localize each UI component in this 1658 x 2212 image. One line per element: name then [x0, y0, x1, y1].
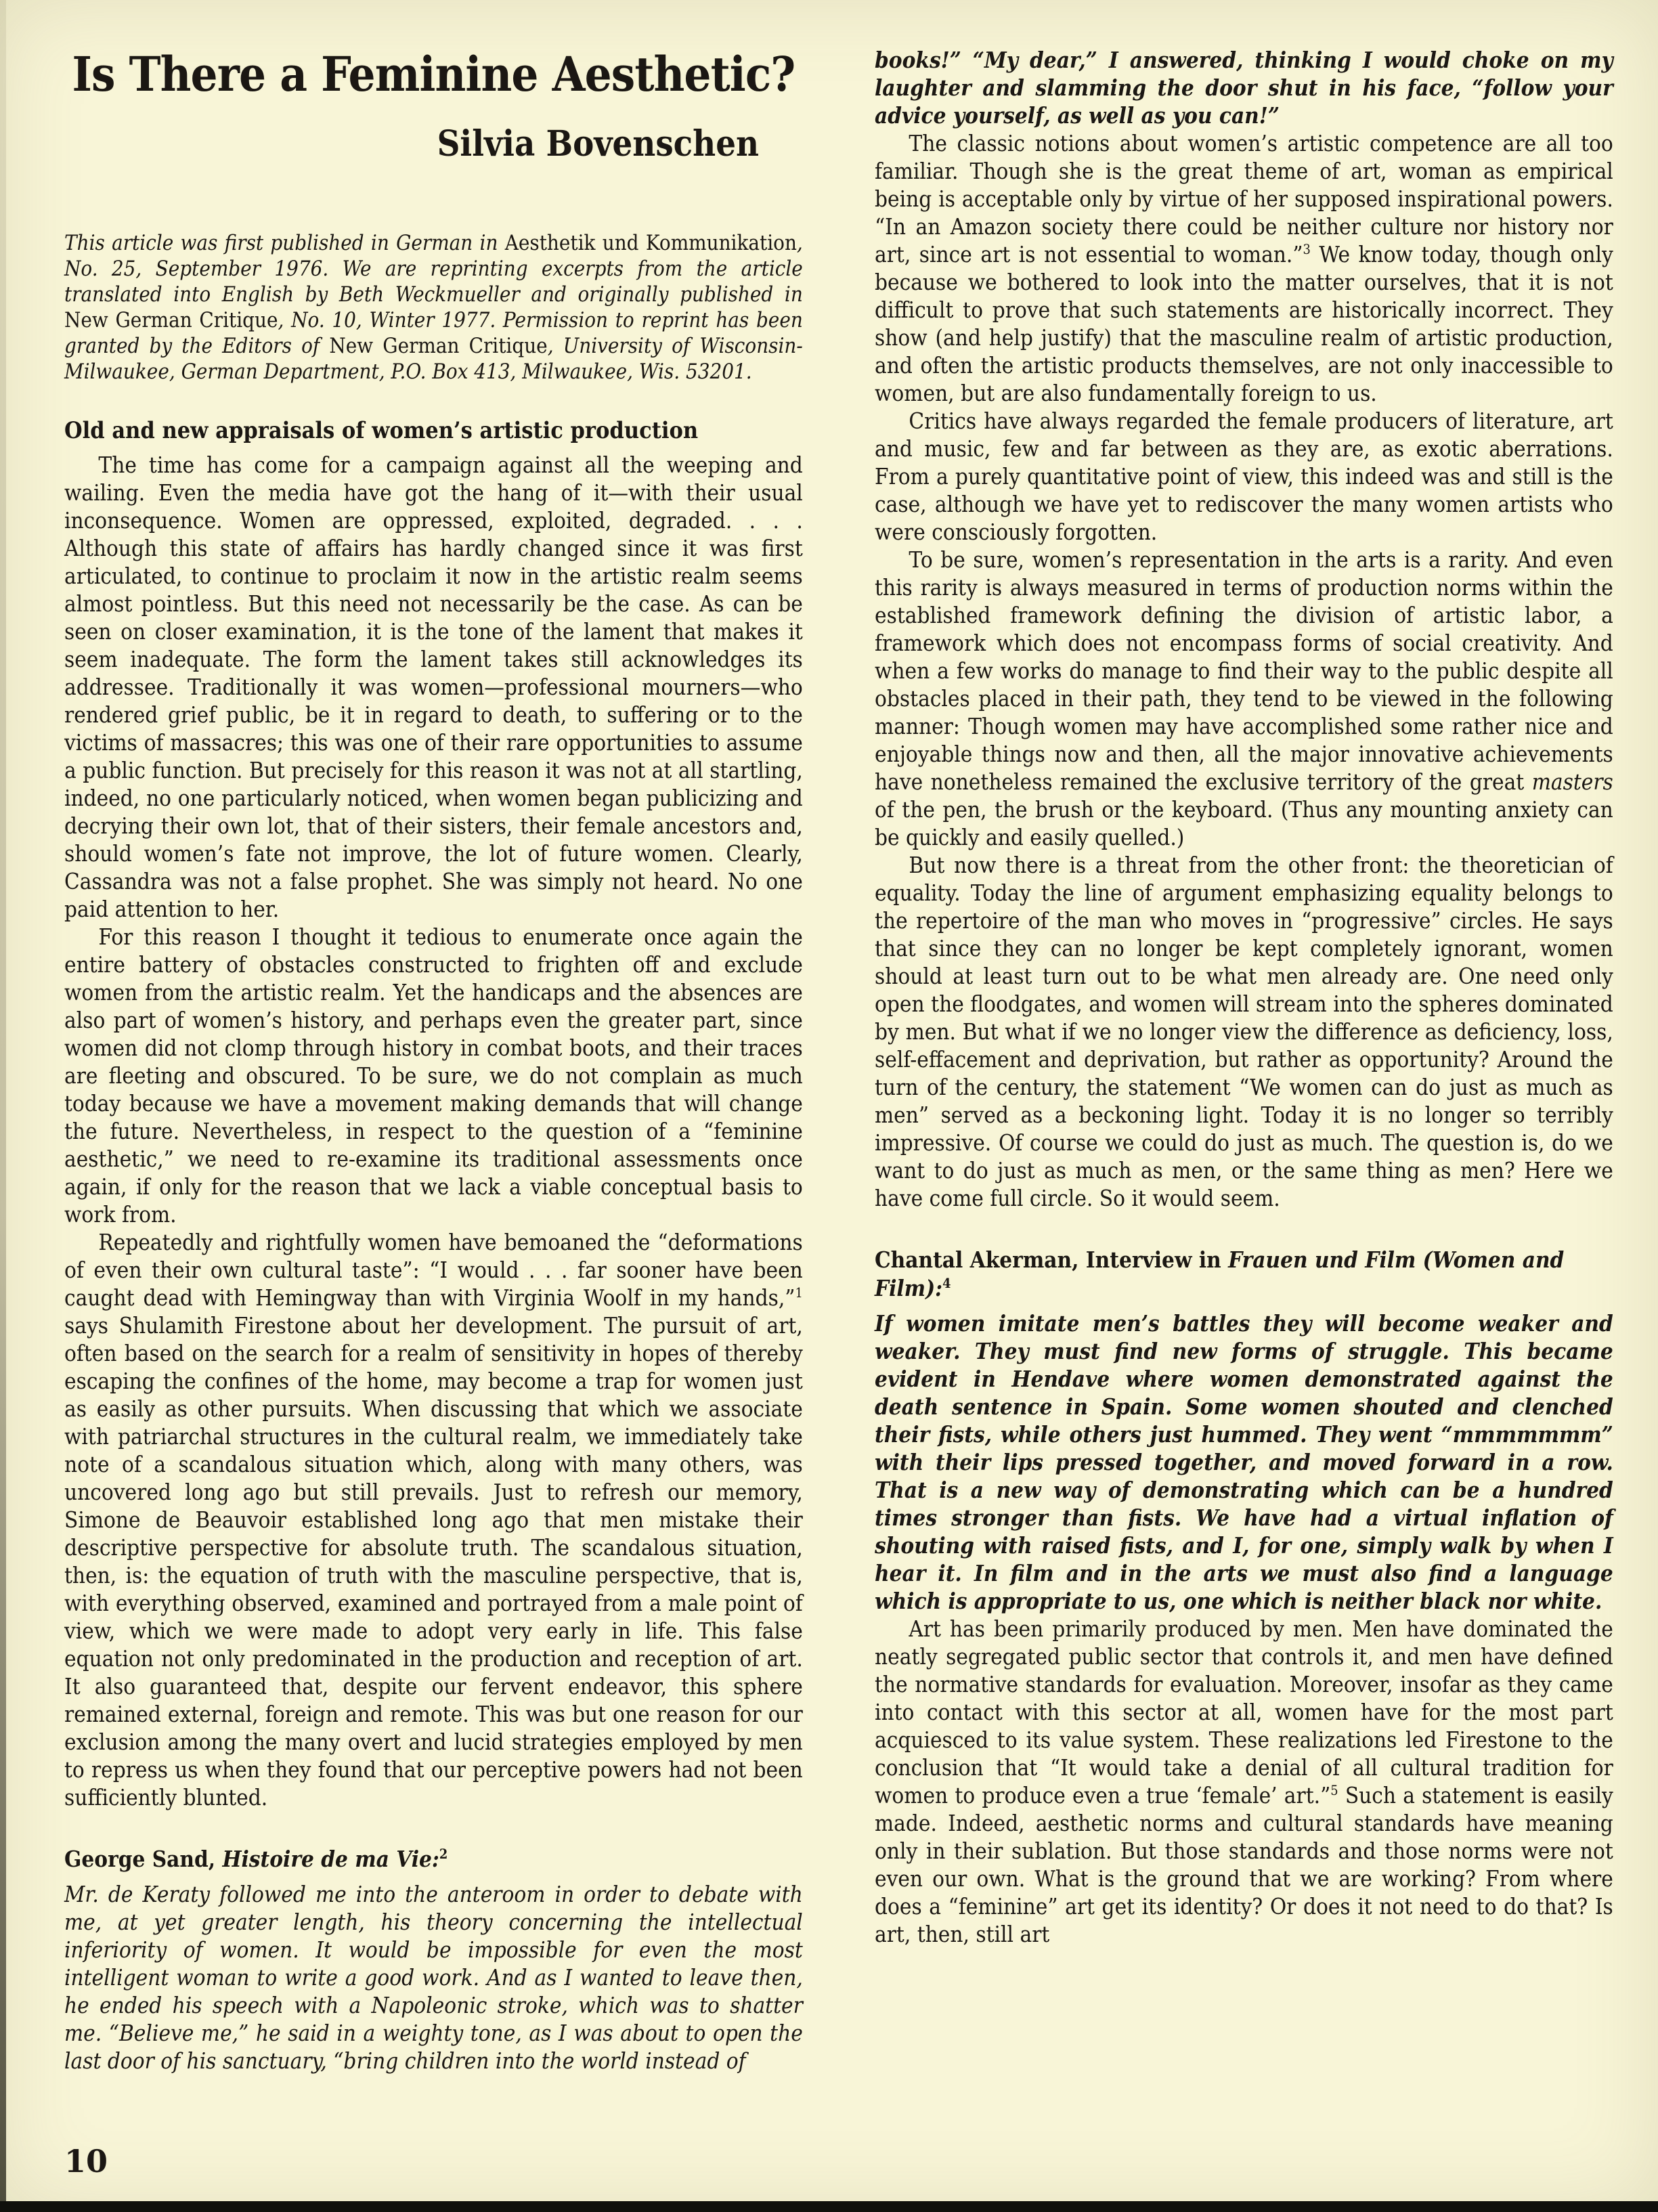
sand-quote-continuation: books!” “My dear,” I answered, thinking … — [875, 46, 1613, 129]
publication-note: This article was first published in Germ… — [64, 230, 803, 385]
paragraph: Critics have always regarded the female … — [875, 407, 1613, 546]
paragraph: To be sure, women’s representation in th… — [875, 546, 1613, 851]
paragraph: Art has been primarily produced by men. … — [875, 1615, 1613, 1948]
scanned-journal-page: Is There a Feminine Aesthetic? Silvia Bo… — [0, 0, 1658, 2212]
akerman-quote: If women imitate men’s battles they will… — [875, 1309, 1613, 1615]
page-number: 10 — [64, 2143, 108, 2180]
section-heading: Old and new appraisals of women’s artist… — [64, 416, 803, 446]
article-author: Silvia Bovenschen — [64, 125, 759, 164]
column-right: books!” “My dear,” I answered, thinking … — [875, 0, 1613, 1948]
column-left: Is There a Feminine Aesthetic? Silvia Bo… — [64, 0, 803, 2075]
paragraph: But now there is a threat from the other… — [875, 851, 1613, 1212]
paragraph: For this reason I thought it tedious to … — [64, 923, 803, 1228]
sand-quote: Mr. de Keraty followed me into the anter… — [64, 1880, 803, 2075]
paragraph: Repeatedly and rightfully women have bem… — [64, 1228, 803, 1811]
scan-left-edge-shadow — [0, 0, 6, 2212]
paragraph: The time has come for a campaign against… — [64, 451, 803, 923]
akerman-interview-heading: Chantal Akerman, Interview in Frauen und… — [875, 1246, 1613, 1303]
paragraph: The classic notions about women’s artist… — [875, 129, 1613, 407]
sand-quote-heading: George Sand, Histoire de ma Vie:2 — [64, 1845, 803, 1873]
article-title: Is There a Feminine Aesthetic? — [64, 47, 803, 102]
scan-bottom-bar — [0, 2201, 1658, 2212]
